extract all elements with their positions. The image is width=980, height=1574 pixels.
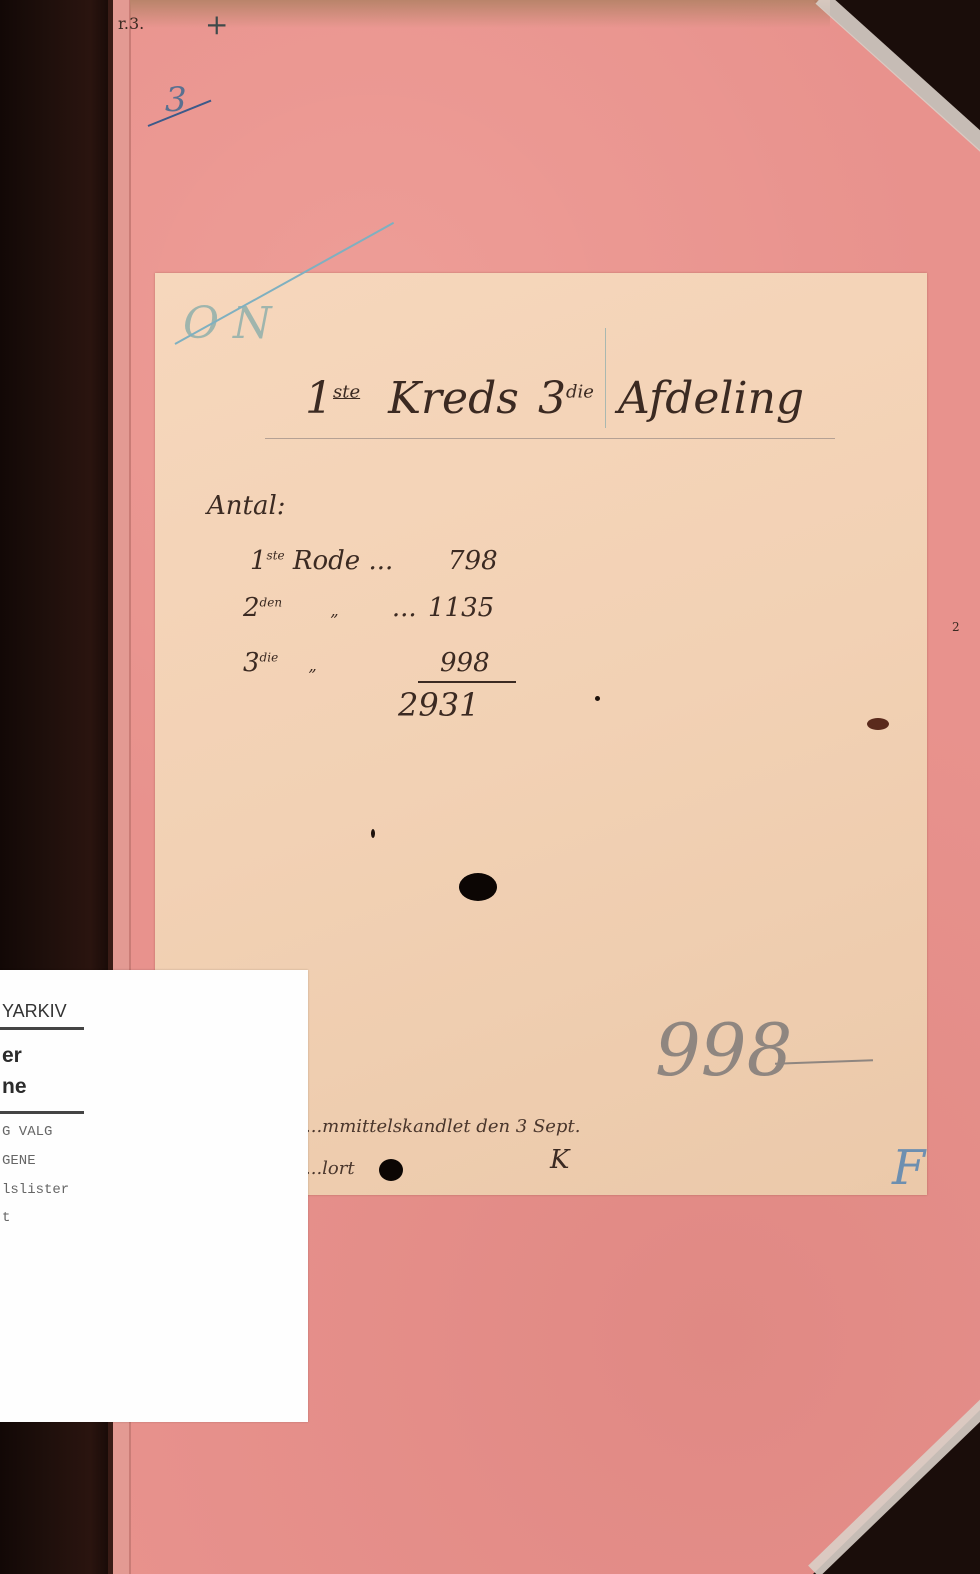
heading-rule bbox=[265, 438, 835, 439]
sum-rule bbox=[418, 681, 516, 683]
pencil-initials: O N bbox=[183, 298, 272, 349]
cover-mark-cross: + bbox=[205, 8, 228, 41]
count-row-2: 2den „ ... 1135 bbox=[243, 593, 417, 623]
archive-rule-top bbox=[0, 1027, 84, 1030]
ink-blot bbox=[459, 873, 497, 901]
heading-part2: 3die Afdeling bbox=[538, 373, 804, 424]
count-row-3: 3die „ 998 bbox=[243, 648, 317, 678]
footer-note-line1: ...mmittelskandlet den 3 Sept. bbox=[305, 1116, 580, 1137]
archive-line3: lslister bbox=[2, 1182, 69, 1198]
count-heading: Antal: bbox=[207, 491, 286, 521]
archive-title-line2: ne bbox=[2, 1075, 27, 1099]
footer-initial: K bbox=[550, 1145, 569, 1175]
footer-note-line2: ...lort bbox=[305, 1158, 355, 1179]
cover-right-edge-mark: 2 bbox=[952, 620, 960, 634]
archive-line2: GENE bbox=[2, 1153, 36, 1169]
archive-sticker: YARKIV er ne G VALG GENE lslister t bbox=[0, 970, 308, 1422]
ink-speck bbox=[595, 696, 600, 701]
archive-line4: t bbox=[2, 1210, 10, 1226]
cover-mark-top-left: r.3. bbox=[118, 14, 144, 33]
archive-org-name: YARKIV bbox=[2, 1001, 67, 1022]
heading-part1: 1ste Kreds bbox=[305, 373, 519, 424]
ink-dot bbox=[379, 1159, 403, 1181]
pencil-number: 998 bbox=[655, 1008, 792, 1092]
ink-speck bbox=[371, 829, 375, 838]
archive-rule-bottom bbox=[0, 1111, 84, 1114]
count-total: 2931 bbox=[398, 686, 479, 724]
archive-title-line1: er bbox=[2, 1044, 22, 1068]
count-row-1: 1ste Rode ... 798 bbox=[250, 546, 393, 576]
top-stain bbox=[130, 0, 830, 28]
blue-letter-mark: F bbox=[892, 1140, 925, 1196]
archive-line1: G VALG bbox=[2, 1124, 52, 1140]
ink-stain bbox=[867, 718, 889, 730]
